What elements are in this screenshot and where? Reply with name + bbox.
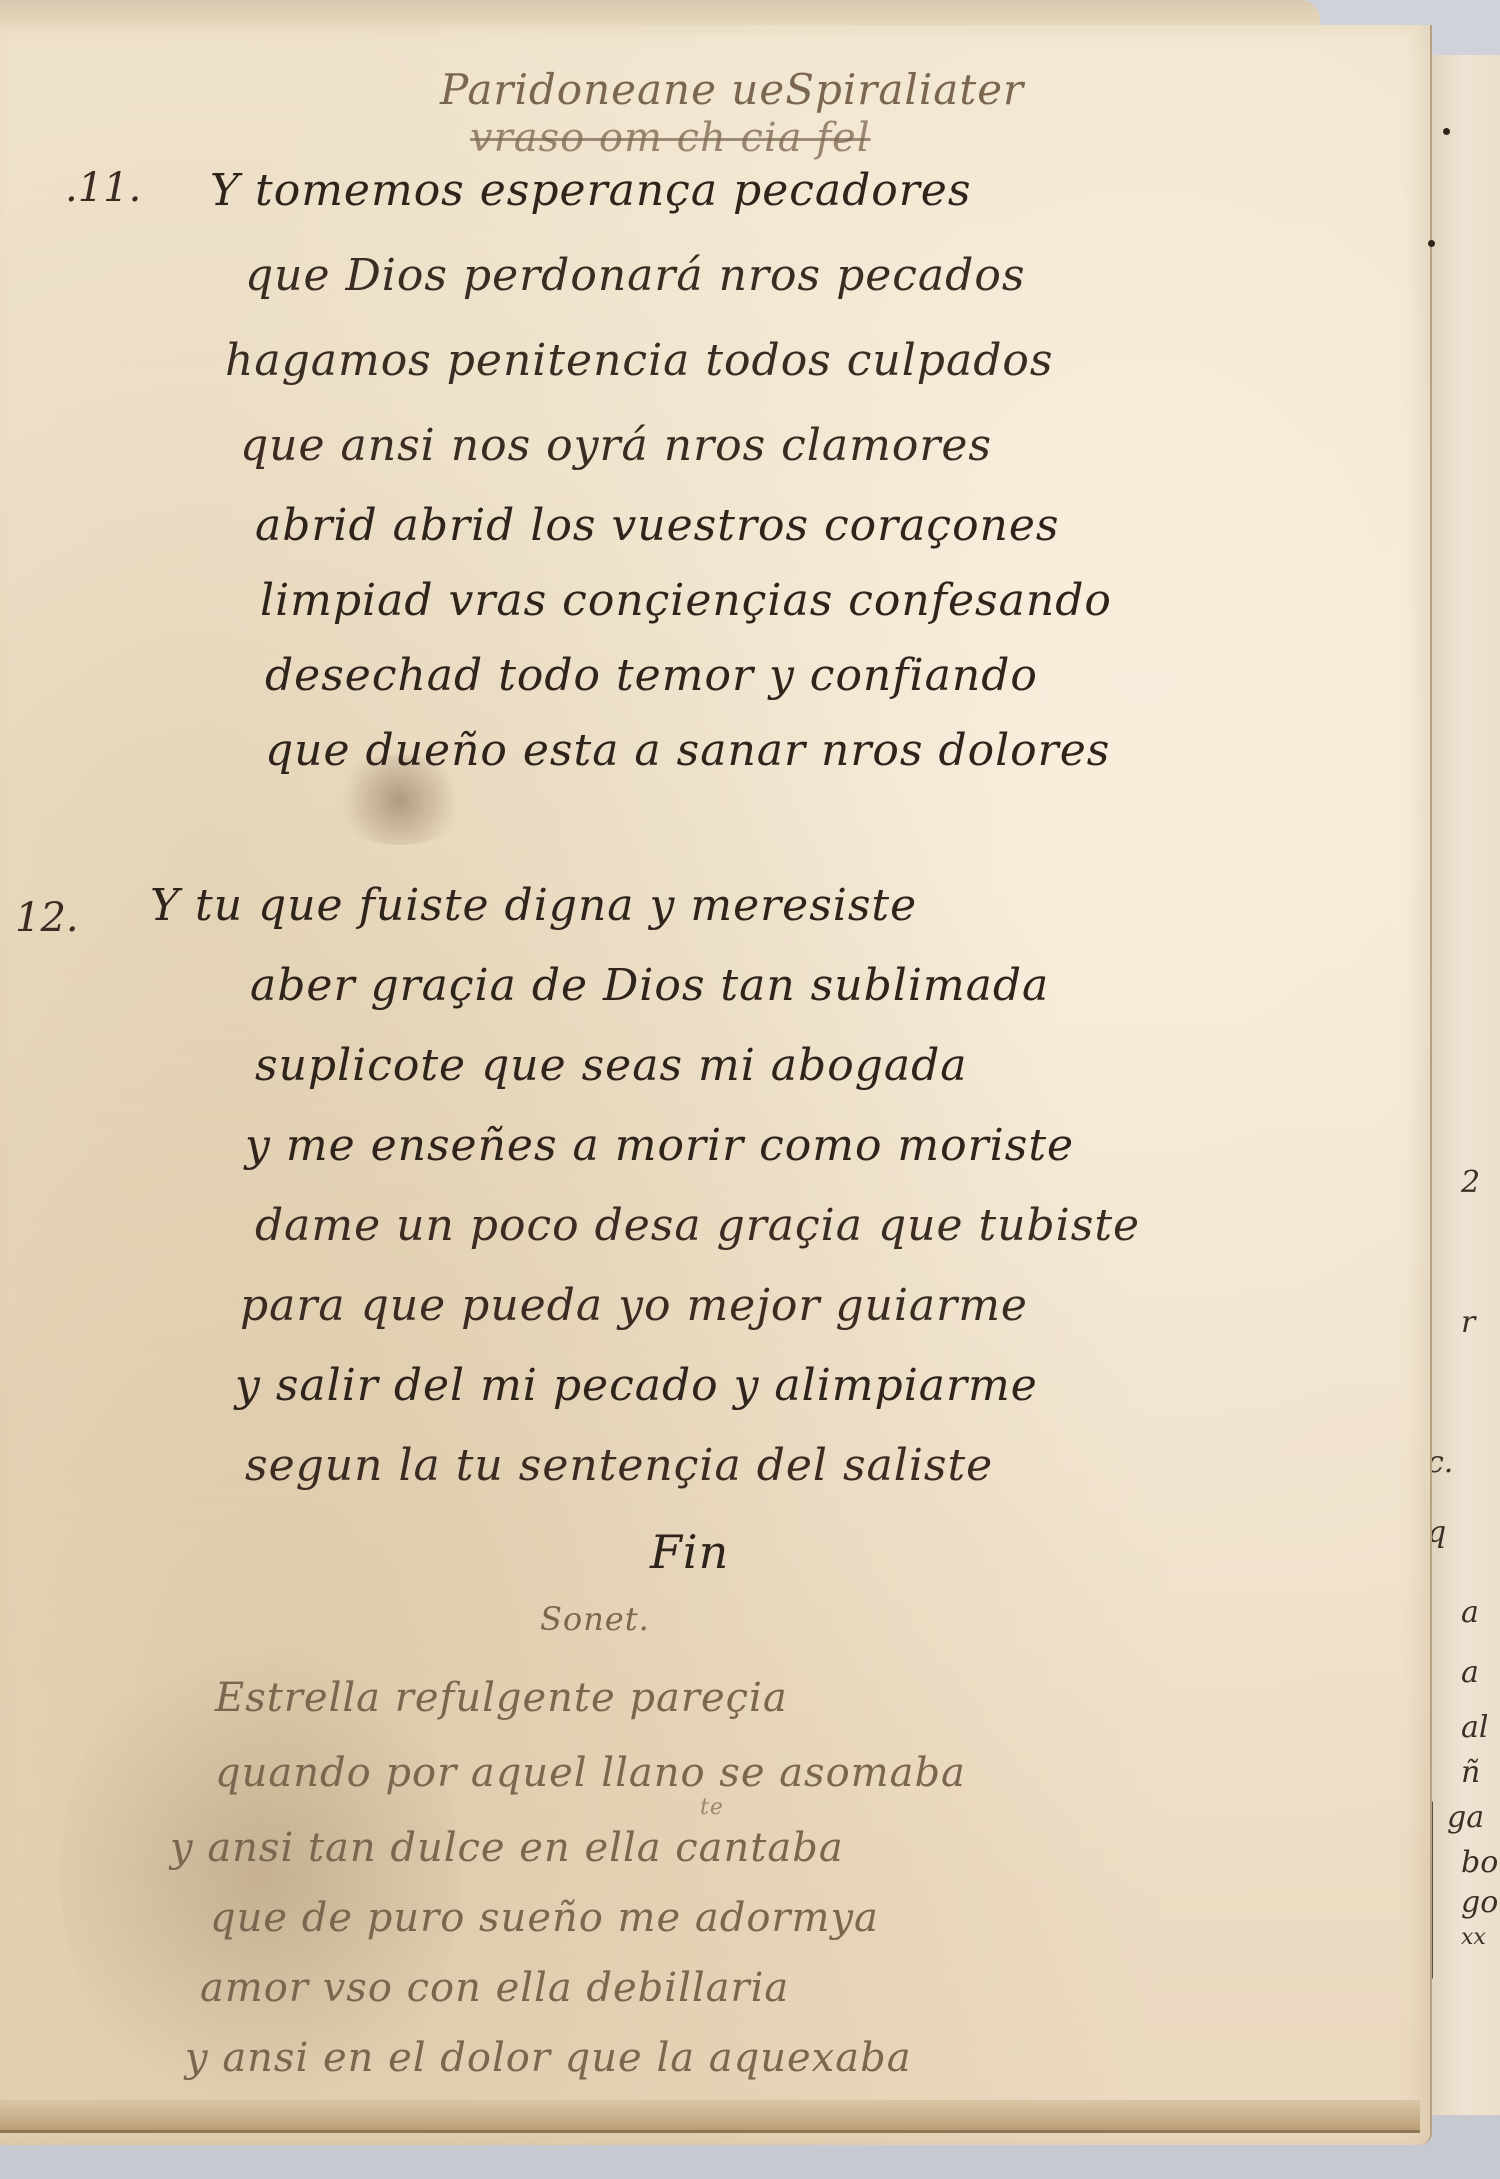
stanza-line: para que pueda yo mejor guiarme [240, 1280, 1028, 1331]
bottom-page-edge [0, 2100, 1420, 2133]
stanza-line: Y tu que fuiste digna y meresiste [150, 880, 917, 931]
adjacent-fragment: r [1461, 1305, 1475, 1340]
ink-dot [1443, 128, 1450, 135]
stanza-number: 12. [15, 895, 79, 941]
ink-dot [1428, 240, 1435, 247]
stanza-line: aber graçia de Dios tan sublimada [250, 960, 1049, 1011]
closing-fin: Fin [650, 1525, 729, 1579]
sonnet-heading: Sonet. [540, 1600, 650, 1638]
stanza-line: suplicote que seas mi abogada [255, 1040, 967, 1091]
sonnet-line: que de puro sueño me adormya [210, 1895, 879, 1941]
sonnet-line: quando por aquel llano se asomaba [215, 1750, 966, 1796]
stanza-line: limpiad vras conçiençias confesando [260, 575, 1112, 626]
stanza-line: segun la tu sentençia del saliste [245, 1440, 993, 1491]
header-annotation-line2: vraso om ch cia fel [470, 115, 871, 161]
adjacent-fragment: a [1461, 1595, 1479, 1630]
header-annotation-line1: Paridoneane ueSpiraliater [440, 65, 1024, 114]
manuscript-page: Paridoneane ueSpiraliater vraso om ch ci… [0, 25, 1432, 2145]
adjacent-fragment: al [1461, 1710, 1488, 1745]
adjacent-fragment: go [1461, 1885, 1498, 1920]
stanza-line: que ansi nos oyrá nros clamores [240, 420, 992, 471]
adjacent-fragment: xx [1461, 1925, 1486, 1950]
adjacent-fragment: ga [1447, 1800, 1484, 1835]
stanza-line: que Dios perdonará nros pecados [245, 250, 1025, 301]
stanza-line: dame un poco desa graçia que tubiste [255, 1200, 1140, 1251]
adjacent-fragment: bo [1461, 1845, 1498, 1880]
interlinear-insert: te [700, 1795, 724, 1820]
stanza-line: desechad todo temor y confiando [265, 650, 1038, 701]
stanza-line: y me enseñes a morir como moriste [245, 1120, 1074, 1171]
sonnet-line: Estrella refulgente pareçia [215, 1675, 788, 1721]
stanza-line: Y tomemos esperança pecadores [210, 165, 971, 216]
adjacent-page: 2 r c. q a a al ñ ga bo go xx [1425, 55, 1500, 2115]
stanza-line: abrid abrid los vuestros coraçones [255, 500, 1060, 551]
sonnet-line: amor vso con ella debillaria [200, 1965, 789, 2011]
stanza-number: .11. [65, 165, 141, 211]
sonnet-line: y ansi en el dolor que la aquexaba [185, 2035, 912, 2081]
stanza-line: que dueño esta a sanar nros dolores [265, 725, 1110, 776]
sonnet-line: y ansi tan dulce en ella cantaba [170, 1825, 844, 1871]
stanza-line: y salir del mi pecado y alimpiarme [235, 1360, 1038, 1411]
stanza-line: hagamos penitencia todos culpados [225, 335, 1053, 386]
adjacent-fragment: a [1461, 1655, 1479, 1690]
adjacent-fragment: 2 [1461, 1165, 1480, 1200]
adjacent-fragment: ñ [1461, 1755, 1480, 1790]
